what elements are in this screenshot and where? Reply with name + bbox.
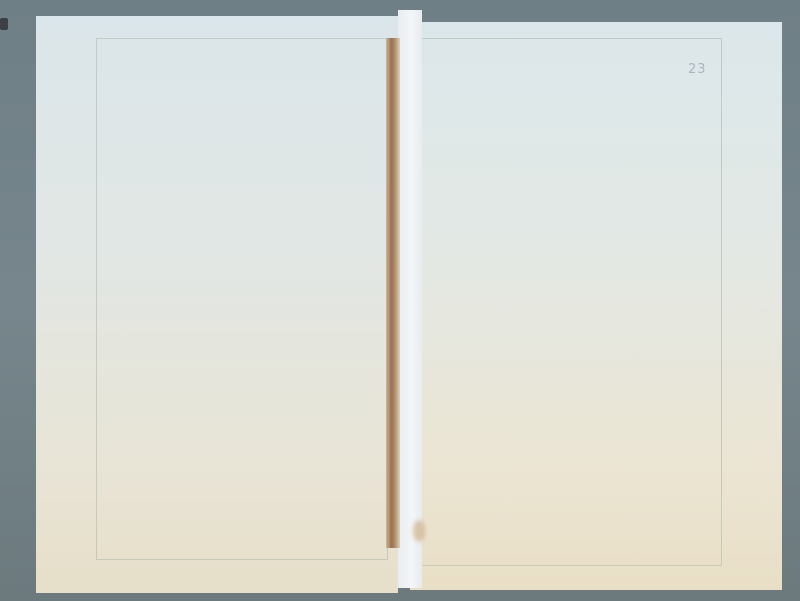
binding-spine: [386, 38, 400, 548]
right-plate-mark: [414, 38, 722, 566]
left-plate-mark: [96, 38, 388, 560]
foxing-stain: [413, 520, 425, 542]
binding-guard-strip: [398, 10, 422, 588]
tape-fragment: [0, 18, 8, 30]
pencil-annotation: 23: [688, 62, 707, 77]
